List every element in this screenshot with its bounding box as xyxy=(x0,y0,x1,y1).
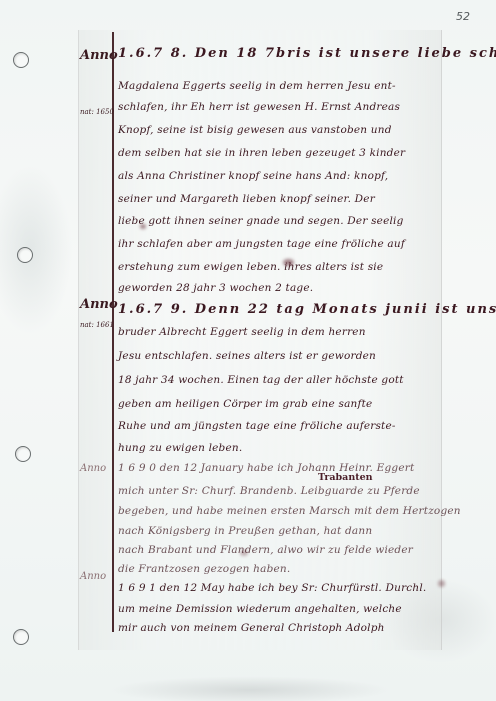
entry-1679-line-6: Ruhe und am jüngsten tage eine fröliche … xyxy=(118,420,396,432)
entry-1678-line-6: als Anna Christiner knopf seine hans And… xyxy=(118,170,388,182)
entry-1691-line-3: mir auch von meinem General Christoph Ad… xyxy=(118,622,385,634)
entry-1678-line-5: dem selben hat sie in ihren leben gezeug… xyxy=(118,147,405,159)
margin-rule xyxy=(112,32,114,632)
page-number: 52 xyxy=(456,10,470,23)
entry-1690-line-6: die Frantzosen gezogen haben. xyxy=(118,563,290,575)
entry-1678-line-3: schlafen, ihr Eh herr ist gewesen H. Ern… xyxy=(118,101,400,113)
entry-1679-line-7: hung zu ewigen leben. xyxy=(118,442,242,454)
entry-1678-line-1: 1.6.7 8. Den 18 7bris ist unsere liebe s… xyxy=(118,46,496,61)
entry-1678-line-11: geworden 28 jahr 3 wochen 2 tage. xyxy=(118,282,313,294)
ink-stain xyxy=(283,259,294,266)
entry-1679-line-2: bruder Albrecht Eggert seelig in dem her… xyxy=(118,326,366,338)
paper-sheet xyxy=(78,30,442,650)
entry-1679-line-4: 18 jahr 34 wochen. Einen tag der aller h… xyxy=(118,374,404,386)
binder-hole xyxy=(13,52,29,68)
entry-1690-line-1: 1 6 9 0 den 12 January habe ich Johann H… xyxy=(118,462,414,474)
entry-1679-line-3: Jesu entschlafen. seines alters ist er g… xyxy=(118,350,376,362)
ink-stain xyxy=(240,550,248,556)
binder-hole xyxy=(13,629,29,645)
ink-stain xyxy=(438,580,445,587)
entry-1690-line-2: mich unter Sr: Churf. Brandenb. Leibguar… xyxy=(118,485,420,497)
margin-anno-1678: Anno xyxy=(80,48,118,63)
entry-1678-line-8: liebe gott ihnen seiner gnade und segen.… xyxy=(118,215,404,227)
binder-hole xyxy=(15,446,31,462)
entry-1679-line-5: geben am heiligen Cörper im grab eine sa… xyxy=(118,398,372,410)
margin-nat-1661: nat: 1661 xyxy=(80,321,114,329)
entry-1678-line-7: seiner und Margareth lieben knopf seiner… xyxy=(118,193,375,205)
margin-anno-1691: Anno xyxy=(80,571,106,582)
entry-1678-line-2: Magdalena Eggerts seelig in dem herren J… xyxy=(118,80,396,92)
entry-1678-line-4: Knopf, seine ist bisig gewesen aus vanst… xyxy=(118,124,392,136)
entry-1679-line-1: 1.6.7 9. Denn 22 tag Monats junii ist un… xyxy=(118,302,496,317)
entry-1691-line-1: 1 6 9 1 den 12 May habe ich bey Sr: Chur… xyxy=(118,582,426,594)
entry-1690-line-5: nach Brabant und Flandern, alwo wir zu f… xyxy=(118,544,413,556)
entry-1690-line-4: nach Königsberg in Preußen gethan, hat d… xyxy=(118,525,372,537)
manuscript-page: 52 Anno nat: 1650 Anno nat: 1661 Anno An… xyxy=(0,0,496,701)
entry-1690-line-3: begeben, und habe meinen ersten Marsch m… xyxy=(118,505,461,517)
margin-anno-1679: Anno xyxy=(80,297,118,312)
entry-1678-line-9: ihr schlafen aber am jungsten tage eine … xyxy=(118,238,405,250)
margin-anno-1690: Anno xyxy=(80,463,106,474)
entry-1678-line-10: erstehung zum ewigen leben. ihres alters… xyxy=(118,261,383,273)
margin-nat-1650: nat: 1650 xyxy=(80,108,114,116)
binder-hole xyxy=(17,247,33,263)
entry-1691-line-2: um meine Demission wiederum angehalten, … xyxy=(118,603,402,615)
ink-stain xyxy=(140,224,146,229)
